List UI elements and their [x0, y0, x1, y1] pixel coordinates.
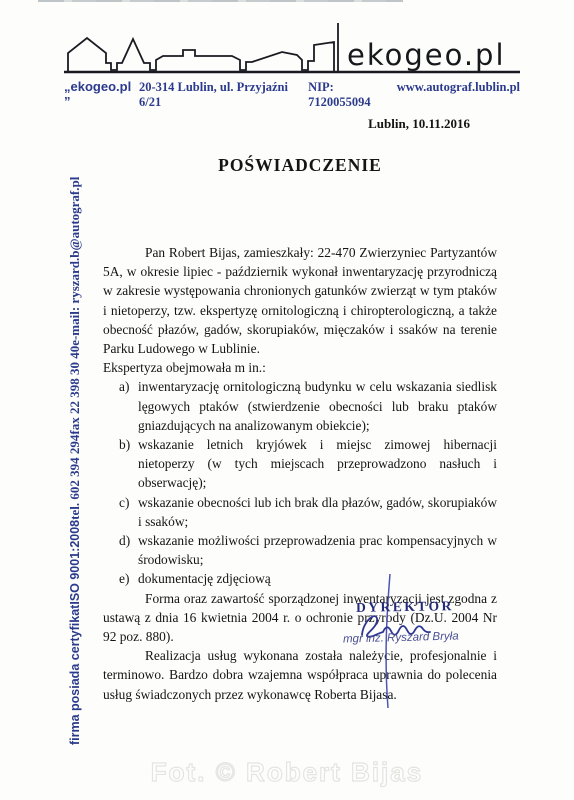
list-item-label: c): [119, 493, 129, 512]
list-item: b) wskazanie letnich kryjówek i miejsc z…: [103, 435, 497, 493]
document-title: POŚWIADCZENIE: [103, 155, 497, 176]
list-item: d) wskazanie możliwości przeprowadzenia …: [103, 531, 497, 569]
company-address: 20-314 Lublin, ul. Przyjaźni 6/21: [139, 80, 308, 110]
photo-credit-watermark: Fot. © Robert Bijas: [0, 757, 574, 788]
certificate-note: firma posiada certyfikat: [68, 605, 82, 745]
list-item: a) inwentaryzację ornitologiczną budynku…: [103, 377, 497, 435]
list-item-text: wskazanie obecności lub ich brak dla pła…: [138, 495, 497, 529]
header-address-row: „ekogeo.pl ” 20-314 Lublin, ul. Przyjaźn…: [64, 79, 520, 110]
list-item-text: inwentaryzację ornitologiczną budynku w …: [138, 379, 497, 432]
list-item-label: d): [119, 531, 130, 550]
list-item-label: b): [119, 435, 130, 454]
intro-paragraph: Pan Robert Bijas, zamieszkały: 22-470 Zw…: [103, 243, 497, 358]
vertical-contact-sidebar: firma posiada certyfikat ISO 9001:2008 t…: [67, 185, 83, 745]
company-nip: NIP: 7120055094: [308, 80, 397, 110]
list-item-text: wskazanie możliwości przeprowadzenia pra…: [138, 533, 497, 567]
fax-number: fax 22 398 30 40: [67, 346, 83, 435]
company-website: www.autograf.lublin.pl: [397, 80, 520, 95]
list-item-text: wskazanie letnich kryjówek i miejsc zimo…: [138, 437, 497, 490]
dateline: Lublin, 10.11.2016: [368, 116, 470, 132]
closing-paragraph-2: Realizacja usług wykonana została należy…: [103, 646, 497, 704]
list-item: e) dokumentację zdjęciową: [103, 569, 497, 588]
brand-name: „ekogeo.pl ”: [64, 79, 139, 109]
company-logo-text: ekogeo.pl: [347, 38, 521, 72]
list-intro: Ekspertyza obejmowała m in.:: [103, 358, 497, 377]
iso-certificate: ISO 9001:2008: [68, 520, 82, 605]
phone-number: tel. 602 394 294: [67, 435, 83, 520]
scope-list: a) inwentaryzację ornitologiczną budynku…: [103, 377, 497, 588]
list-item-label: a): [119, 377, 129, 396]
list-item: c) wskazanie obecności lub ich brak dla …: [103, 493, 497, 531]
scan-artifact-line: [38, 0, 403, 2]
list-item-text: dokumentację zdjęciową: [138, 571, 271, 586]
scanned-certificate-page: ekogeo.pl „ekogeo.pl ” 20-314 Lublin, ul…: [0, 0, 574, 800]
list-item-label: e): [119, 569, 129, 588]
email-address: e-mail: ryszard.b@autograf.pl: [67, 177, 83, 346]
